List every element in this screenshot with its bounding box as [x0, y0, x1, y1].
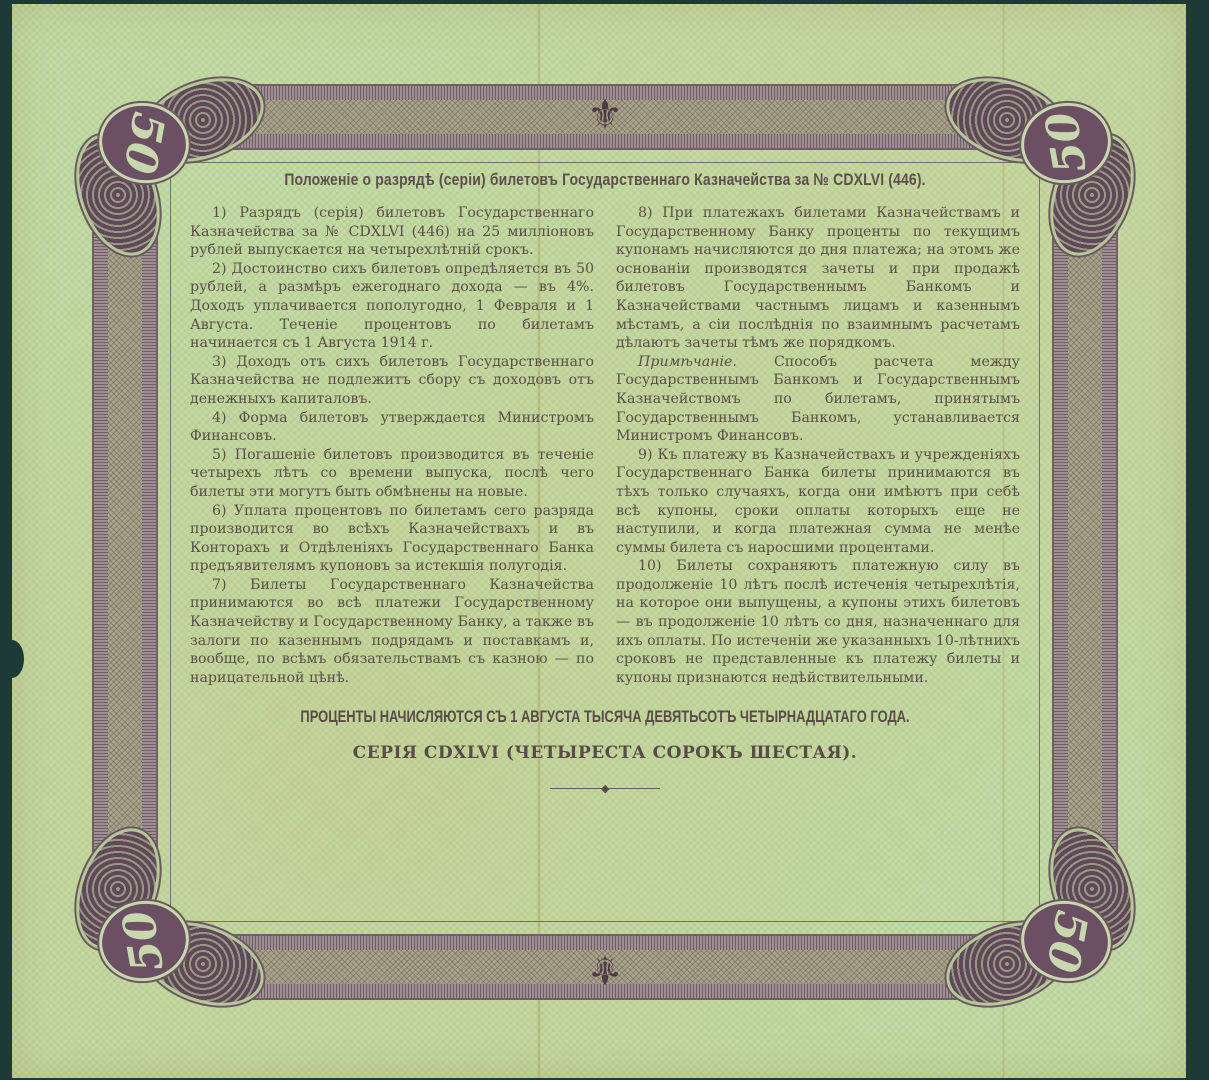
interest-accrual-statement: ПРОЦЕНТЫ НАЧИСЛЯЮТСЯ СЪ 1 АВГУСТА ТЫСЯЧА…: [290, 707, 921, 727]
clause-4: 4) Форма билетовъ утверждается Министром…: [190, 409, 594, 446]
clause-3: 3) Доходъ отъ сихъ билетовъ Государствен…: [190, 353, 594, 409]
fleur-de-lis-ornament-icon: ⚜: [585, 938, 625, 1000]
fleur-de-lis-ornament-icon: ⚜: [585, 84, 625, 146]
clause-9: 9) Къ платежу въ Казначействахъ и учрежд…: [616, 446, 1020, 558]
diamond-icon: ◆: [601, 782, 609, 795]
clause-7: 7) Билеты Государственнаго Казначейства …: [190, 576, 594, 688]
clause-5: 5) Погашенiе билетовъ производится въ те…: [190, 446, 594, 502]
denomination-label: 50: [114, 108, 175, 177]
clause-8: 8) При платежахъ билетами Казначействамъ…: [616, 204, 1020, 353]
clause-1: 1) Разрядъ (серiя) билетовъ Государствен…: [190, 204, 594, 260]
left-column: 1) Разрядъ (серiя) билетовъ Государствен…: [190, 204, 594, 687]
frame-band-left: [92, 232, 158, 852]
clause-10: 10) Билеты сохраняютъ платежную силу въ …: [616, 557, 1020, 687]
denomination-label: 50: [1036, 108, 1097, 177]
denomination-label: 50: [114, 906, 175, 975]
document-title: Положенiе о разрядѣ (серiи) билетовъ Гос…: [265, 170, 946, 190]
note-label: Примѣчанiе.: [638, 354, 737, 370]
corner-ornament-bottom-right: 50: [930, 822, 1140, 1022]
corner-ornament-bottom-left: 50: [70, 822, 280, 1022]
clause-2: 2) Достоинство сихъ билетовъ опредѣляетс…: [190, 260, 594, 353]
regulation-text: Положенiе о разрядѣ (серiи) билетовъ Гос…: [190, 170, 1020, 793]
denomination-label: 50: [1036, 906, 1097, 975]
clause-6: 6) Уплата процентовъ по билетамъ сего ра…: [190, 502, 594, 576]
text-columns: 1) Разрядъ (серiя) билетовъ Государствен…: [190, 204, 1020, 687]
clause-8-note: Примѣчанiе. Способъ расчета между Госуда…: [616, 353, 1020, 446]
torn-edge: [0, 640, 24, 678]
decorative-divider: ◆: [550, 785, 660, 793]
series-statement: СЕРIЯ CDXLVI (ЧЕТЫРЕСТА СОРОКЪ ШЕСТАЯ).: [190, 743, 1020, 763]
right-column: 8) При платежахъ билетами Казначействамъ…: [616, 204, 1020, 687]
frame-band-right: [1052, 232, 1118, 852]
